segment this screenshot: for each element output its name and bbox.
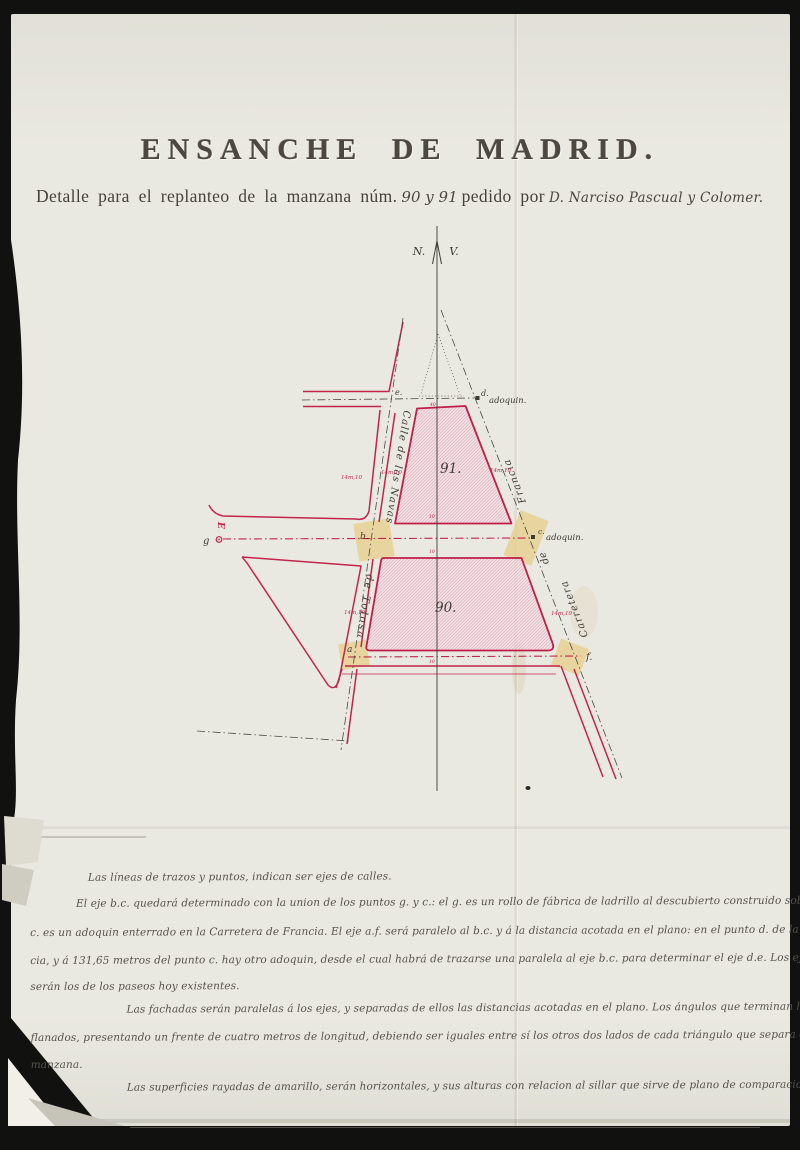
note-line: manzana. [31, 1056, 783, 1071]
note-line: serán los de los paseos hoy existentes. [30, 978, 782, 993]
note-line: Las fachadas serán paralelas á los ejes,… [30, 1000, 800, 1016]
note-line: El eje b.c. quedará determinado con la u… [30, 895, 800, 910]
scanned-document-page: N. V. d. adoquin. c. adoquin. e. b. a f.… [0, 0, 800, 1150]
handwritten-notes: Las líneas de trazos y puntos, indican s… [0, 0, 800, 1150]
note-line: flanados, presentando un frente de cuatr… [31, 1029, 783, 1044]
note-line: c. es un adoquin enterrado en la Carrete… [30, 924, 782, 939]
note-line: Las líneas de trazos y puntos, indican s… [30, 869, 800, 885]
note-line: cia, y á 131,65 metros del punto c. hay … [30, 952, 782, 967]
note-line: Las superficies rayadas de amarillo, ser… [31, 1078, 800, 1094]
